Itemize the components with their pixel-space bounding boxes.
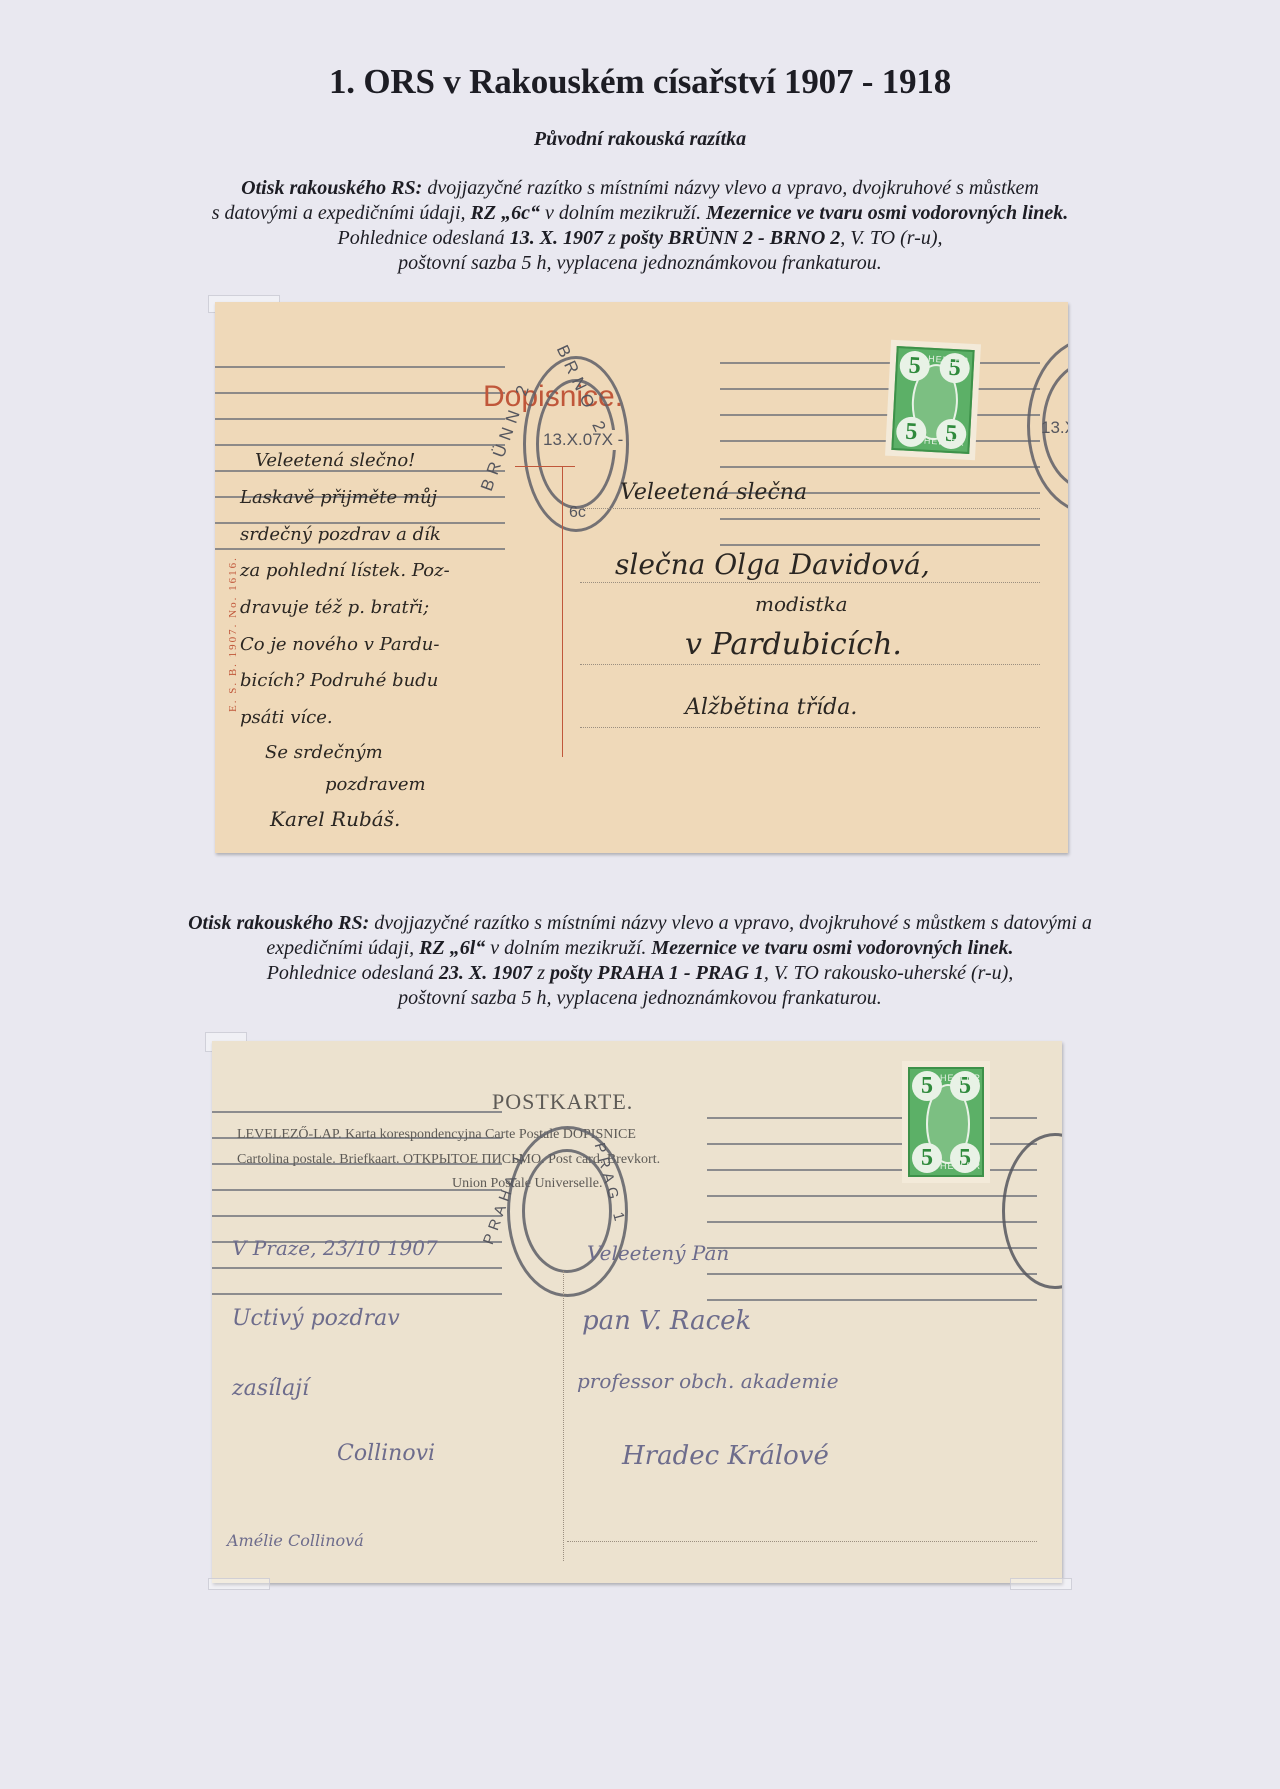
address-city: v Pardubicích. [685, 627, 902, 662]
address-salutation: Veleetená slečna [620, 480, 807, 505]
desc-bold: Mezernice ve tvaru osmi vodorovných line… [651, 937, 1013, 959]
desc-text: z [532, 962, 550, 984]
handwritten-signature-2: Amélie Collinová [227, 1531, 364, 1550]
desc-bold: Mezernice ve tvaru osmi vodorovných line… [706, 202, 1068, 224]
handwritten-line: za pohlední lístek. Poz- [240, 560, 450, 581]
desc-text: poštovní sazba 5 h, vyplacena jednoznámk… [0, 986, 1280, 1011]
address-salutation: Veleetený Pan [587, 1241, 729, 1265]
stamp-denomination: HELLER [924, 436, 965, 448]
postcard-praha: POSTKARTE. LEVELEZŐ-LAP. Karta korespond… [212, 1041, 1062, 1583]
stamp-value: 5 [912, 1071, 942, 1101]
desc-text: s datovými a expedičními údaji, [212, 202, 471, 224]
desc-text: Pohlednice odeslaná [338, 227, 510, 249]
desc-bold: pošty BRÜNN 2 - BRNO 2 [621, 227, 840, 249]
cancel-lines-right [720, 362, 1040, 570]
address-city: Hradec Králové [622, 1441, 829, 1471]
desc-text: z [603, 227, 621, 249]
address-occupation: modistka [755, 592, 848, 616]
address-recipient: slečna Olga Davidová, [615, 548, 930, 581]
handwritten-line: Uctivý pozdrav [232, 1306, 400, 1331]
stamp-frame: 5 5 5 5 HELLER HELLER [908, 1067, 984, 1177]
section2-description: Otisk rakouského RS: dvojjazyčné razítko… [0, 911, 1280, 1011]
photo-mount-corner [208, 1578, 270, 1590]
stamp-denomination: HELLER [940, 1073, 981, 1083]
desc-text: dvojjazyčné razítko s místními názvy vle… [422, 177, 1039, 199]
stamp-frame: 5 5 5 5 HELLER HELLER [891, 346, 974, 454]
desc-label: Otisk rakouského RS: [241, 177, 422, 199]
handwritten-place-date: V Praze, 23/10 1907 [232, 1236, 438, 1260]
handwritten-line: Se srdečným [265, 742, 383, 763]
address-divider [562, 467, 563, 757]
desc-bold: RZ „6l“ [419, 937, 485, 959]
handwritten-line: psáti více. [240, 707, 333, 728]
desc-bold: 23. X. 1907 [439, 962, 532, 984]
handwritten-signature: Collinovi [337, 1441, 435, 1466]
address-divider [563, 1271, 564, 1561]
desc-text: v dolním mezikruží. [485, 937, 651, 959]
photo-mount-corner [1010, 1578, 1072, 1590]
stamp-value: 5 [896, 416, 928, 448]
desc-text: v dolním mezikruží. [540, 202, 706, 224]
address-recipient: pan V. Racek [582, 1306, 751, 1336]
stamp-denomination: HELLER [928, 354, 969, 366]
page-title: 1. ORS v Rakouském císařství 1907 - 1918 [0, 62, 1280, 102]
card-header: POSTKARTE. [492, 1089, 633, 1115]
desc-text: Pohlednice odeslaná [267, 962, 439, 984]
address-line [580, 508, 1040, 509]
address-line [567, 1541, 1037, 1542]
desc-text: , V. TO rakousko-uherské (r-u), [764, 962, 1013, 984]
address-line [580, 727, 1040, 728]
desc-text: expedičními údaji, [266, 937, 419, 959]
handwritten-line: dravuje též p. bratři; [240, 597, 429, 618]
section1-description: Otisk rakouského RS: dvojjazyčné razítko… [0, 176, 1280, 276]
handwritten-greeting: Veleetená slečno! [255, 450, 415, 471]
address-occupation: professor obch. akademie [577, 1369, 839, 1393]
handwritten-signature: Karel Rubáš. [270, 807, 400, 831]
handwritten-line: Laskavě přijměte můj [240, 487, 437, 508]
desc-text: dvojjazyčné razítko s místními názvy vle… [369, 912, 1092, 934]
desc-text: , V. TO (r-u), [840, 227, 942, 249]
postage-stamp: 5 5 5 5 HELLER HELLER [885, 340, 981, 461]
stamp-value: 5 [912, 1143, 942, 1173]
postage-stamp: 5 5 5 5 HELLER HELLER [902, 1061, 990, 1183]
printer-imprint: E. S. B. 1907. No. 1616. [227, 556, 239, 712]
address-line [580, 582, 1040, 583]
desc-bold: 13. X. 1907 [510, 227, 603, 249]
address-street: Alžbětina třída. [685, 695, 857, 720]
postmark-date: 13.X.07X - [543, 430, 623, 450]
handwritten-line: zasílají [232, 1376, 309, 1401]
postmark-date-2: 13.X [1041, 418, 1068, 438]
stamp-denomination: HELLER [940, 1161, 981, 1171]
page-subtitle: Původní rakouská razítka [0, 128, 1280, 151]
divider-cap [515, 466, 575, 467]
handwritten-line: bicích? Podruhé budu [240, 670, 438, 691]
postmark-code: 6c [569, 504, 586, 522]
desc-text: poštovní sazba 5 h, vyplacena jednoznámk… [0, 251, 1280, 276]
handwritten-line: pozdravem [325, 774, 426, 795]
postcard-brno: Dopisnice. 13.X.07X - 6c BRNO 2 BRÜNN 2 … [215, 302, 1068, 853]
desc-label: Otisk rakouského RS: [188, 912, 369, 934]
handwritten-line: srdečný pozdrav a dík [240, 524, 441, 545]
address-line [580, 664, 1040, 665]
desc-bold: RZ „6c“ [471, 202, 540, 224]
desc-bold: pošty PRAHA 1 - PRAG 1 [550, 962, 764, 984]
handwritten-line: Co je nového v Pardu- [240, 634, 439, 655]
